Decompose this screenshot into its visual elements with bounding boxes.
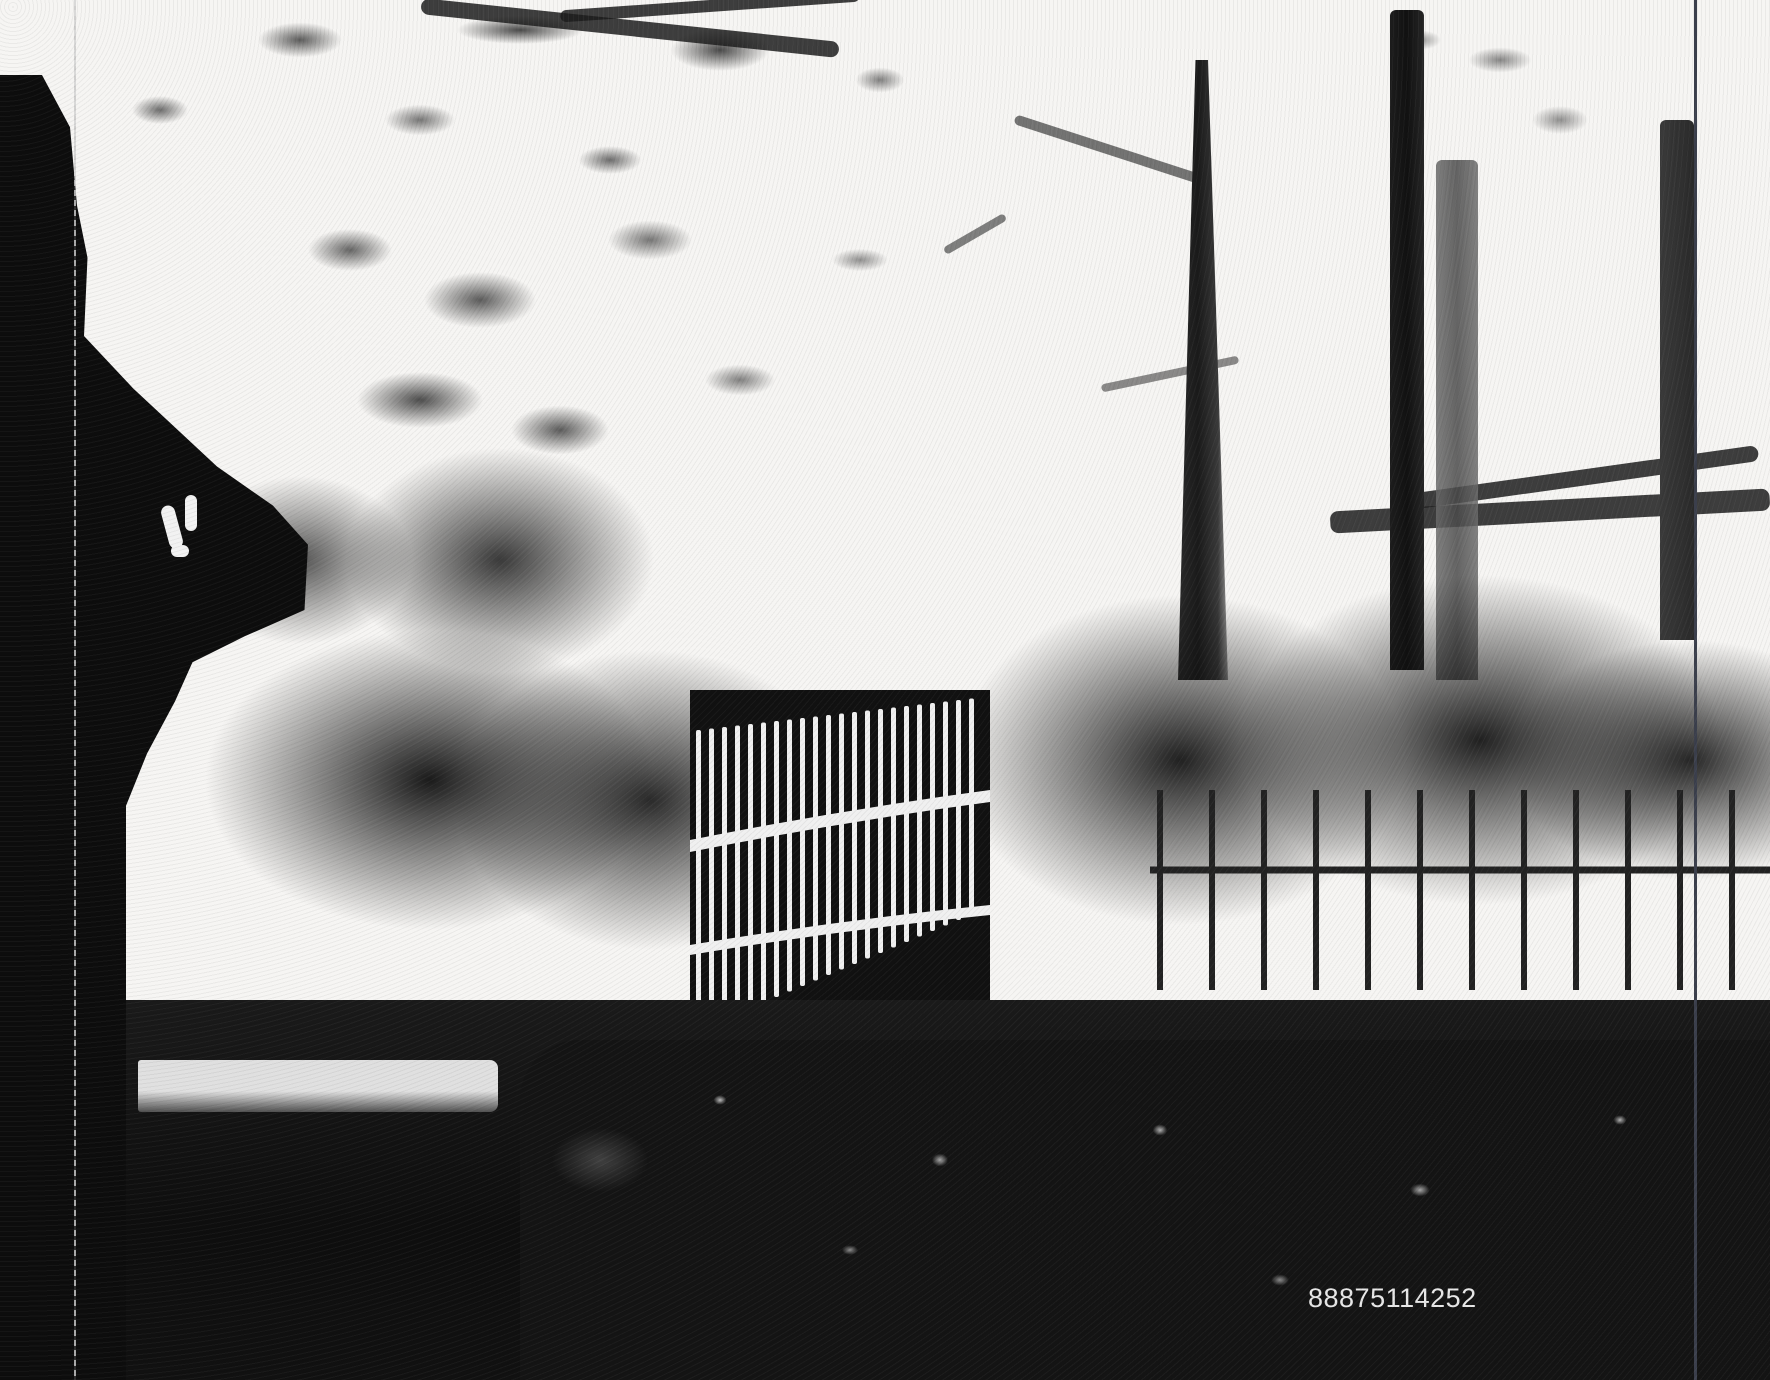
catalog-number: 88875114252 xyxy=(1308,1283,1477,1314)
fold-line xyxy=(1694,0,1697,1380)
fold-line xyxy=(74,0,76,1380)
figure-hand xyxy=(165,495,225,565)
iron-fence-dark xyxy=(1150,770,1770,1010)
iron-fence xyxy=(690,690,990,1030)
foreground-bushes xyxy=(520,1040,1770,1380)
sunlit-lawn xyxy=(138,1060,498,1112)
cd-inlay-photo: 88875114252 xyxy=(0,0,1770,1380)
